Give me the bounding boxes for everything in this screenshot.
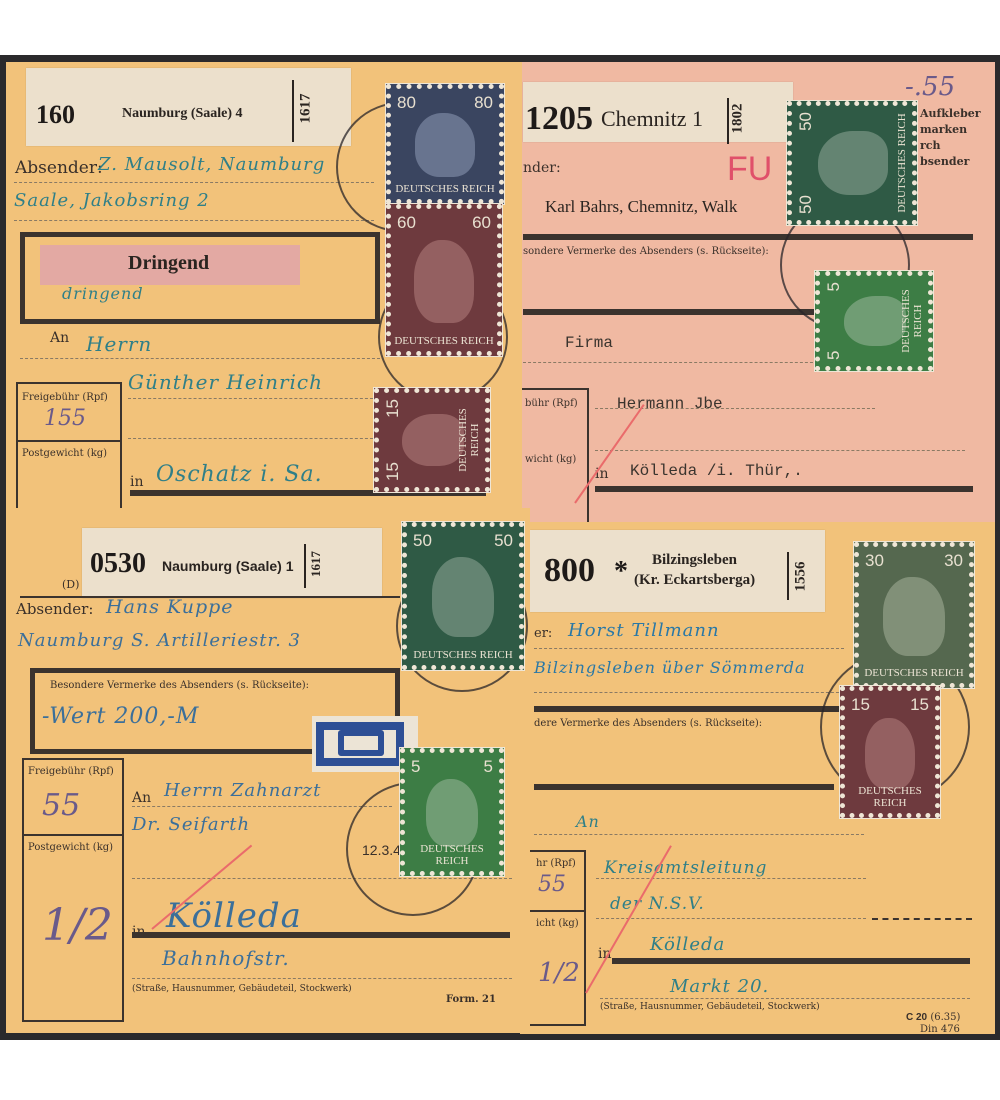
remarks-label: Besondere Vermerke des Absenders (s. Rüc… <box>50 680 309 691</box>
stamp-value: 50 <box>413 531 432 551</box>
portrait <box>426 779 479 847</box>
in-label: in <box>130 474 144 490</box>
dotted-line <box>534 692 844 693</box>
label-divider <box>292 80 294 142</box>
recipient-line1: An <box>576 812 600 831</box>
form-code-value: C 20 <box>906 1012 927 1023</box>
label-place: Naumburg (Saale) 4 <box>122 106 243 122</box>
an-label: An <box>50 330 69 346</box>
fee-value: 55 <box>42 788 80 823</box>
fee-label: hr (Rpf) <box>536 858 576 869</box>
portrait <box>432 557 495 637</box>
recipient-city: Kölleda /i. Thür,. <box>630 462 803 480</box>
stamp-5-rotated: 5 5 DEUTSCHES REICH <box>815 271 933 371</box>
dotted-line <box>523 362 823 363</box>
dotted-line <box>595 450 965 451</box>
recipient-line2: Kreisamtsleitung <box>604 858 767 878</box>
stamp-value: 5 <box>411 757 420 777</box>
recipient-city: Oschatz i. Sa. <box>156 462 323 487</box>
label-place-line2: (Kr. Eckartsberga) <box>634 572 755 589</box>
side-text-line: bsender <box>920 154 981 170</box>
absender-label: er: <box>534 626 552 641</box>
fee-label: Freigebühr (Rpf) <box>22 392 108 403</box>
stamp-value: 30 <box>944 551 963 571</box>
label-code: 1617 <box>308 551 324 577</box>
portrait <box>402 414 463 467</box>
stamp-value: 50 <box>494 531 513 551</box>
stamp-60: 60 60 DEUTSCHES REICH <box>386 204 502 356</box>
dotted-line <box>600 998 970 999</box>
stamp-15: 15 15 DEUTSCHES REICH <box>840 686 940 818</box>
dotted-line <box>595 408 875 409</box>
label-place-line1: Bilzingsleben <box>652 552 737 569</box>
stamp-value: 60 <box>397 213 416 233</box>
weight-label: Postgewicht (kg) <box>28 842 113 853</box>
rule <box>534 706 844 712</box>
stamp-value: 60 <box>472 213 491 233</box>
recipient-street: Bahnhofstr. <box>162 946 290 970</box>
weight-label: icht (kg) <box>536 918 579 929</box>
stamp-caption: DEUTSCHES REICH <box>859 667 969 679</box>
rule <box>612 958 970 964</box>
stamp-value: 80 <box>397 93 416 113</box>
label-number: 800 <box>544 552 595 590</box>
stamp-value: 50 <box>796 112 816 131</box>
stamp-value: 15 <box>851 695 870 715</box>
stamp-caption: DEUTSCHES REICH <box>457 393 481 487</box>
stamp-caption: DEUTSCHES REICH <box>900 276 924 366</box>
weight-label: Postgewicht (kg) <box>22 448 107 459</box>
rule <box>595 486 973 492</box>
urgent-label: Dringend <box>128 252 209 275</box>
absender-line2: Bilzingsleben über Sömmerda <box>534 658 806 677</box>
recipient-city: Kölleda <box>166 896 302 936</box>
recipient-street: Markt 20. <box>670 976 769 997</box>
remarks-label: dere Vermerke des Absenders (s. Rückseit… <box>534 718 762 729</box>
absender-line1: Horst Tillmann <box>568 620 720 641</box>
weight-label: wicht (kg) <box>525 454 576 465</box>
address-hint: (Straße, Hausnummer, Gebäudeteil, Stockw… <box>600 1002 820 1012</box>
stamp-value: 15 <box>383 399 403 418</box>
recipient-line1: Herrn <box>86 332 152 356</box>
side-text-line: rch <box>920 138 981 154</box>
stamp-value: 80 <box>474 93 493 113</box>
stamp-value: 15 <box>383 462 403 481</box>
address-hint: (Straße, Hausnummer, Gebäudeteil, Stockw… <box>132 984 352 994</box>
label-divider <box>787 552 789 600</box>
dotted-line <box>128 438 378 439</box>
form-din: Din 476 <box>920 1024 960 1034</box>
absender-label: Absender: <box>16 600 93 618</box>
recipient-line1: Firma <box>565 334 613 352</box>
fee-value: 55 <box>538 872 566 897</box>
portrait <box>844 296 907 346</box>
recipient-line1: Herrn Zahnarzt <box>164 780 321 801</box>
side-text: Aufkleber marken rch bsender <box>920 106 981 170</box>
urgent-handwritten: dringend <box>62 284 144 303</box>
stamp-value: 15 <box>910 695 929 715</box>
portrait <box>414 240 473 322</box>
portrait <box>865 718 915 789</box>
label-number: 1205 <box>525 100 593 138</box>
label-place: Naumburg (Saale) 1 <box>162 558 293 574</box>
parcel-card-bilzingsleben: 800 * Bilzingsleben (Kr. Eckartsberga) 1… <box>520 522 995 1034</box>
stamp-5: 5 5 DEUTSCHES REICH <box>400 748 504 876</box>
stamp-caption: DEUTSCHES REICH <box>896 106 908 220</box>
recipient-line2: Günther Heinrich <box>128 370 323 394</box>
dotted-line <box>14 220 374 221</box>
fee-value: 155 <box>44 406 86 431</box>
portrait <box>818 131 888 195</box>
stamp-50: 50 50 DEUTSCHES REICH <box>402 522 524 670</box>
dashed-divider <box>872 918 972 920</box>
dotted-line <box>534 834 864 835</box>
rule <box>534 784 834 790</box>
registration-label-letter <box>338 730 384 756</box>
recipient-line2: Hermann Jbe <box>617 395 723 413</box>
stamp-30: 30 30 DEUTSCHES REICH <box>854 542 974 688</box>
stamp-15-rotated: 15 15 DEUTSCHES REICH <box>374 388 490 492</box>
dotted-line <box>596 878 866 879</box>
stamp-value: 50 <box>796 195 816 214</box>
rule <box>523 309 823 315</box>
label-number: 0530 <box>90 548 146 580</box>
label-code: 1556 <box>793 562 810 592</box>
recipient-line3: der N.S.V. <box>610 894 705 914</box>
absender-line2: Saale, Jakobsring 2 <box>14 190 210 211</box>
fee-label: Freigebühr (Rpf) <box>28 766 114 777</box>
recipient-line2: Dr. Seifarth <box>132 814 250 835</box>
form-date: (6.35) <box>930 1012 960 1023</box>
dotted-line <box>14 182 374 183</box>
label-number: 160 <box>36 100 75 130</box>
stamp-value: 5 <box>824 282 844 291</box>
rule <box>523 234 973 240</box>
dotted-line <box>132 978 512 979</box>
stamp-80: 80 80 DEUTSCHES REICH <box>386 84 504 204</box>
dotted-line <box>534 648 844 649</box>
dotted-line <box>128 398 378 399</box>
dotted-line <box>20 358 380 359</box>
stamp-caption: DEUTSCHES REICH <box>405 843 499 867</box>
portrait <box>415 113 475 177</box>
label-prefix: (D) <box>62 578 79 591</box>
weight-value: 1/2 <box>42 900 113 951</box>
stamp-value: 5 <box>484 757 493 777</box>
label-code: 1617 <box>298 94 315 124</box>
absender-label: nder: <box>523 160 561 176</box>
recipient-city: Kölleda <box>650 934 725 955</box>
sender-typed: Karl Bahrs, Chemnitz, Walk <box>545 197 737 217</box>
absender-line1: Hans Kuppe <box>106 596 234 618</box>
portrait <box>883 577 945 656</box>
weight-value: 1/2 <box>538 958 580 988</box>
label-divider <box>304 544 306 588</box>
absender-label: Absender: <box>15 158 103 178</box>
label-code: 1802 <box>730 104 747 134</box>
absender-line2: Naumburg S. Artilleriestr. 3 <box>18 630 301 651</box>
form-code: C 20 (6.35) <box>906 1012 960 1023</box>
box-divider <box>16 440 122 442</box>
dotted-line <box>132 806 392 807</box>
dotted-line <box>596 918 866 919</box>
stamp-50-rotated: 50 50 DEUTSCHES REICH <box>787 101 917 225</box>
fee-label: bühr (Rpf) <box>525 398 578 409</box>
remarks-value: -Wert 200,-M <box>42 704 199 729</box>
label-star: * <box>614 556 628 588</box>
stamp-caption: DEUTSCHES REICH <box>845 785 935 809</box>
absender-line1: Z. Mausolt, Naumburg <box>98 154 325 175</box>
stamp-caption: DEUTSCHES REICH <box>391 335 497 347</box>
stamp-value: 30 <box>865 551 884 571</box>
stamp-value: 5 <box>824 351 844 360</box>
stamp-caption: DEUTSCHES REICH <box>407 649 519 661</box>
form-label: Form. 21 <box>446 994 496 1005</box>
remarks-label: sondere Vermerke des Absenders (s. Rücks… <box>523 246 769 257</box>
red-crayon-mark: FU <box>727 150 772 189</box>
side-text-line: Aufkleber <box>920 106 981 122</box>
side-text-line: marken <box>920 122 981 138</box>
label-place: Chemnitz 1 <box>601 106 703 132</box>
an-label: An <box>132 790 151 806</box>
parcel-card-naumburg-1: (D) 0530 Naumburg (Saale) 1 1617 Absende… <box>6 508 530 1033</box>
rule <box>132 932 510 938</box>
pencil-fee-note: -.55 <box>905 72 955 102</box>
stamp-caption: DEUTSCHES REICH <box>391 183 499 195</box>
box-divider <box>22 834 124 836</box>
